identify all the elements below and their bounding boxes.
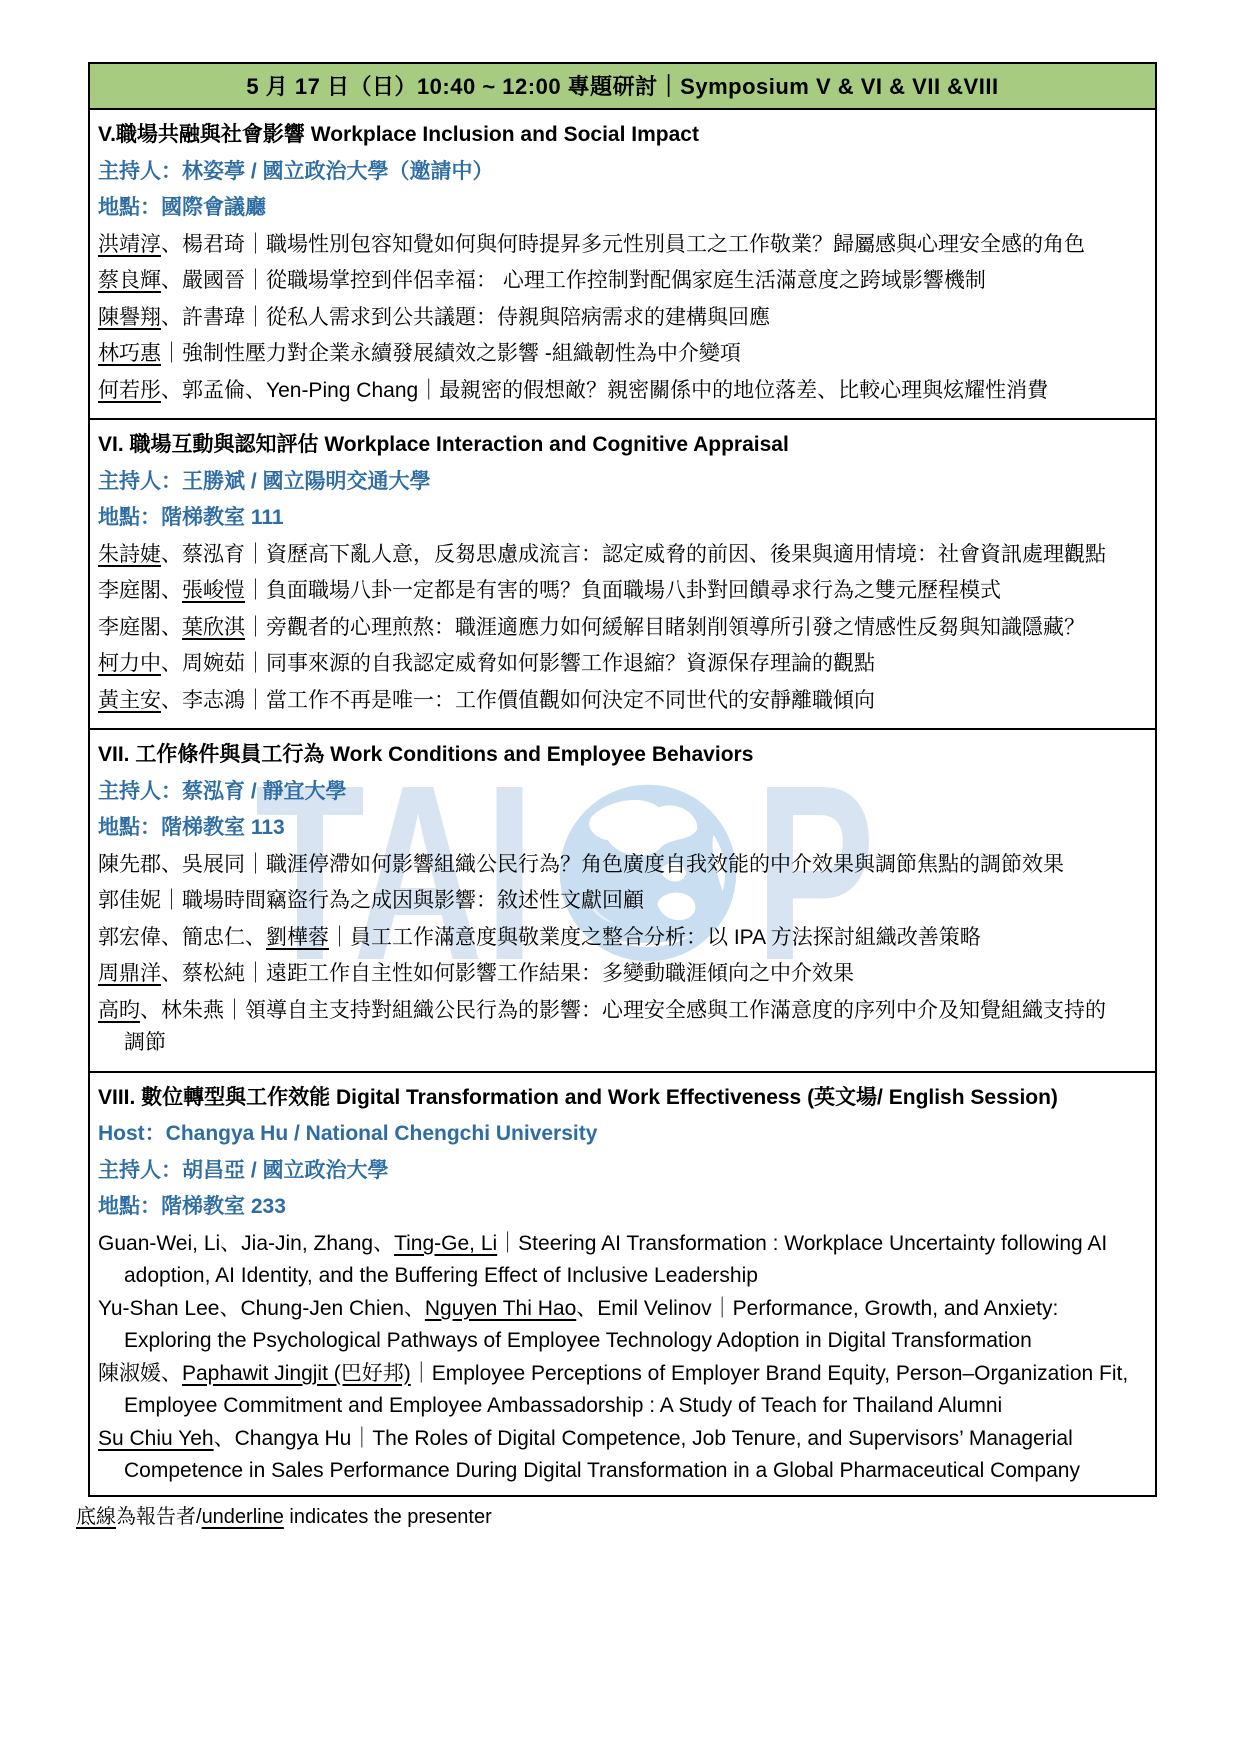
title-separator: ｜ (411, 1362, 432, 1385)
session-vi: VI. 職場互動與認知評估 Workplace Interaction and … (90, 420, 1155, 730)
author-separator: 、 (161, 579, 182, 602)
author-name: 郭孟倫 (182, 379, 245, 402)
session-chair: 主持人：林姿葶 / 國立政治大學（邀請中） (98, 156, 1147, 189)
author-name: Chung-Jen Chien (240, 1297, 403, 1320)
paper-title: 資歷高下亂人意，反芻思慮成流言：認定威脅的前因、後果與適用情境：社會資訊處理觀點 (266, 543, 1106, 566)
presenter-name: 洪靖淳 (98, 233, 161, 256)
author-name: 楊君琦 (182, 233, 245, 256)
session-location: 地點：國際會議廳 (98, 192, 1147, 225)
paper-title: 最親密的假想敵？親密關係中的地位落差、比較心理與炫耀性消費 (439, 379, 1048, 402)
author-name: 蔡松純 (182, 962, 245, 985)
presenter-name: Paphawit Jingjit (巴好邦) (182, 1362, 411, 1385)
author-name: Yen-Ping Chang (266, 379, 418, 402)
presenter-name: 蔡良輝 (98, 269, 161, 292)
author-name: 郭宏偉 (98, 926, 161, 949)
author-separator: 、 (404, 1297, 425, 1320)
paper-entry: 何若彤、郭孟倫、Yen-Ping Chang｜最親密的假想敵？親密關係中的地位落… (98, 375, 1147, 408)
paper-title: 職涯停滯如何影響組織公民行為？角色廣度自我效能的中介效果與調節焦點的調節效果 (266, 853, 1064, 876)
paper-title: 遠距工作自主性如何影響工作結果：多變動職涯傾向之中介效果 (266, 962, 854, 985)
footnote-text: 為報告者/ (116, 1506, 202, 1528)
author-separator: 、 (245, 926, 266, 949)
document-page: TAI P 5 月 17 日（日）10:40 ~ 12:00 專題研討｜Symp… (0, 0, 1240, 1755)
paper-title: 從職場掌控到伴侶幸福： 心理工作控制對配偶家庭生活滿意度之跨域影響機制 (266, 269, 986, 292)
title-separator: ｜ (497, 1232, 518, 1255)
paper-entry: Guan-Wei, Li、Jia-Jin, Zhang、Ting-Ge, Li｜… (98, 1228, 1147, 1293)
footnote-underlined-text: underline (202, 1506, 284, 1528)
presenter-name: 葉欣淇 (182, 616, 245, 639)
footnote-underlined-text: 底線 (76, 1506, 116, 1528)
session-title: V.職場共融與社會影響 Workplace Inclusion and Soci… (98, 119, 1147, 152)
session-title: VII. 工作條件與員工行為 Work Conditions and Emplo… (98, 739, 1147, 772)
paper-title: 職場時間竊盜行為之成因與影響：敘述性文獻回顧 (182, 889, 644, 912)
author-name: 李庭閣 (98, 579, 161, 602)
session-chair: 主持人：胡昌亞 / 國立政治大學 (98, 1155, 1147, 1188)
symposium-table: 5 月 17 日（日）10:40 ~ 12:00 專題研討｜Symposium … (88, 62, 1157, 1497)
author-name: Emil Velinov (597, 1297, 711, 1320)
author-separator: 、 (161, 269, 182, 292)
presenter-name: 柯力中 (98, 652, 161, 675)
presenter-name: Ting-Ge, Li (394, 1232, 497, 1255)
presenter-name: 周鼎洋 (98, 962, 161, 985)
author-separator: 、 (161, 379, 182, 402)
author-separator: 、 (576, 1297, 597, 1320)
title-separator: ｜ (245, 579, 266, 602)
title-separator: ｜ (245, 689, 266, 712)
title-separator: ｜ (712, 1297, 733, 1320)
paper-title: 同事來源的自我認定威脅如何影響工作退縮？資源保存理論的觀點 (266, 652, 875, 675)
paper-entry: Yu-Shan Lee、Chung-Jen Chien、Nguyen Thi H… (98, 1293, 1147, 1358)
title-separator: ｜ (245, 652, 266, 675)
author-separator: 、 (161, 926, 182, 949)
session-v: V.職場共融與社會影響 Workplace Inclusion and Soci… (90, 110, 1155, 420)
title-separator: ｜ (245, 853, 266, 876)
presenter-name: 高昀 (98, 999, 140, 1022)
paper-title: 職場性別包容知覺如何與何時提昇多元性別員工之工作敬業？歸屬感與心理安全感的角色 (266, 233, 1085, 256)
session-location: 地點：階梯教室 233 (98, 1191, 1147, 1224)
presenter-name: Nguyen Thi Hao (425, 1297, 576, 1320)
table-header: 5 月 17 日（日）10:40 ~ 12:00 專題研討｜Symposium … (90, 64, 1155, 110)
presenter-name: 林巧惠 (98, 342, 161, 365)
author-separator: 、 (161, 616, 182, 639)
author-separator: 、 (161, 853, 182, 876)
paper-entry: 陳淑媛、Paphawit Jingjit (巴好邦)｜Employee Perc… (98, 1358, 1147, 1423)
session-host: Host：Changya Hu / National Chengchi Univ… (98, 1118, 1147, 1151)
author-name: 嚴國晉 (182, 269, 245, 292)
author-separator: 、 (161, 689, 182, 712)
title-separator: ｜ (224, 999, 245, 1022)
paper-entry: 朱詩婕、蔡泓育｜資歷高下亂人意，反芻思慮成流言：認定威脅的前因、後果與適用情境：… (98, 539, 1147, 572)
paper-entry: 高昀、林朱燕｜領導自主支持對組織公民行為的影響：心理安全感與工作滿意度的序列中介… (98, 995, 1147, 1060)
footnote: 底線為報告者/underline indicates the presenter (76, 1502, 492, 1532)
paper-entry: 郭佳妮｜職場時間竊盜行為之成因與影響：敘述性文獻回顧 (98, 885, 1147, 918)
paper-entry: 蔡良輝、嚴國晉｜從職場掌控到伴侶幸福： 心理工作控制對配偶家庭生活滿意度之跨域影… (98, 265, 1147, 298)
presenter-name: 張峻愷 (182, 579, 245, 602)
presenter-name: 陳譽翔 (98, 306, 161, 329)
author-separator: 、 (161, 962, 182, 985)
session-title: VIII. 數位轉型與工作效能 Digital Transformation a… (98, 1082, 1147, 1115)
presenter-name: 劉樺蓉 (266, 926, 329, 949)
title-separator: ｜ (245, 269, 266, 292)
author-name: 周婉茹 (182, 652, 245, 675)
author-name: 陳先郡 (98, 853, 161, 876)
paper-entry: 陳譽翔、許書瑋｜從私人需求到公共議題：侍親與陪病需求的建構與回應 (98, 302, 1147, 335)
paper-entry: 李庭閣、葉欣淇｜旁觀者的心理煎熬：職涯適應力如何緩解目睹剝削領導所引發之情感性反… (98, 612, 1147, 645)
paper-entry: 李庭閣、張峻愷｜負面職場八卦一定都是有害的嗎？負面職場八卦對回饋尋求行為之雙元歷… (98, 575, 1147, 608)
presenter-name: 何若彤 (98, 379, 161, 402)
author-separator: 、 (161, 233, 182, 256)
author-separator: 、 (219, 1297, 240, 1320)
author-name: 蔡泓育 (182, 543, 245, 566)
session-location: 地點：階梯教室 113 (98, 812, 1147, 845)
author-separator: 、 (161, 1362, 182, 1385)
sections-container: V.職場共融與社會影響 Workplace Inclusion and Soci… (90, 110, 1155, 1495)
presenter-name: Su Chiu Yeh (98, 1427, 214, 1450)
paper-entry: 陳先郡、吳展同｜職涯停滯如何影響組織公民行為？角色廣度自我效能的中介效果與調節焦… (98, 849, 1147, 882)
author-name: 林朱燕 (161, 999, 224, 1022)
paper-title: 旁觀者的心理煎熬：職涯適應力如何緩解目睹剝削領導所引發之情感性反芻與知識隱藏？ (266, 616, 1085, 639)
title-separator: ｜ (245, 962, 266, 985)
session-title: VI. 職場互動與認知評估 Workplace Interaction and … (98, 429, 1147, 462)
author-separator: 、 (161, 306, 182, 329)
title-separator: ｜ (245, 306, 266, 329)
paper-entry: 黃主安、李志鴻｜當工作不再是唯一：工作價值觀如何決定不同世代的安靜離職傾向 (98, 685, 1147, 718)
session-chair: 主持人：王勝斌 / 國立陽明交通大學 (98, 466, 1147, 499)
author-separator: 、 (214, 1427, 235, 1450)
session-location: 地點：階梯教室 111 (98, 502, 1147, 535)
paper-title: 強制性壓力對企業永續發展績效之影響 -組織韌性為中介變項 (182, 342, 741, 365)
author-name: 李庭閣 (98, 616, 161, 639)
author-name: Guan-Wei, Li (98, 1232, 220, 1255)
author-name: 許書瑋 (182, 306, 245, 329)
paper-title: 負面職場八卦一定都是有害的嗎？負面職場八卦對回饋尋求行為之雙元歷程模式 (266, 579, 1001, 602)
session-chair: 主持人：蔡泓育 / 靜宜大學 (98, 776, 1147, 809)
author-separator: 、 (220, 1232, 241, 1255)
author-separator: 、 (245, 379, 266, 402)
author-name: 簡忠仁 (182, 926, 245, 949)
title-separator: ｜ (351, 1427, 372, 1450)
paper-entry: 柯力中、周婉茹｜同事來源的自我認定威脅如何影響工作退縮？資源保存理論的觀點 (98, 648, 1147, 681)
author-separator: 、 (373, 1232, 394, 1255)
presenter-name: 朱詩婕 (98, 543, 161, 566)
paper-entry: 郭宏偉、簡忠仁、劉樺蓉｜員工工作滿意度與敬業度之整合分析：以 IPA 方法探討組… (98, 922, 1147, 955)
title-separator: ｜ (161, 889, 182, 912)
title-separator: ｜ (245, 233, 266, 256)
paper-entry: 林巧惠｜強制性壓力對企業永續發展績效之影響 -組織韌性為中介變項 (98, 338, 1147, 371)
footnote-text: indicates the presenter (284, 1506, 492, 1528)
presenter-name: 黃主安 (98, 689, 161, 712)
session-vii: VII. 工作條件與員工行為 Work Conditions and Emplo… (90, 730, 1155, 1073)
paper-entry: 洪靖淳、楊君琦｜職場性別包容知覺如何與何時提昇多元性別員工之工作敬業？歸屬感與心… (98, 229, 1147, 262)
author-name: 陳淑媛 (98, 1362, 161, 1385)
paper-title: 員工工作滿意度與敬業度之整合分析：以 IPA 方法探討組織改善策略 (350, 926, 981, 949)
title-separator: ｜ (418, 379, 439, 402)
paper-entry: Su Chiu Yeh、Changya Hu｜The Roles of Digi… (98, 1423, 1147, 1488)
title-separator: ｜ (329, 926, 350, 949)
author-name: 李志鴻 (182, 689, 245, 712)
author-name: Yu-Shan Lee (98, 1297, 219, 1320)
paper-title: 領導自主支持對組織公民行為的影響：心理安全感與工作滿意度的序列中介及知覺組織支持… (124, 999, 1106, 1055)
author-name: Changya Hu (235, 1427, 352, 1450)
author-name: 郭佳妮 (98, 889, 161, 912)
author-separator: 、 (161, 543, 182, 566)
title-separator: ｜ (245, 543, 266, 566)
author-name: 吳展同 (182, 853, 245, 876)
author-separator: 、 (140, 999, 161, 1022)
session-viii: VIII. 數位轉型與工作效能 Digital Transformation a… (90, 1073, 1155, 1495)
paper-title: 從私人需求到公共議題：侍親與陪病需求的建構與回應 (266, 306, 770, 329)
author-separator: 、 (161, 652, 182, 675)
title-separator: ｜ (245, 616, 266, 639)
paper-entry: 周鼎洋、蔡松純｜遠距工作自主性如何影響工作結果：多變動職涯傾向之中介效果 (98, 958, 1147, 991)
title-separator: ｜ (161, 342, 182, 365)
paper-title: 當工作不再是唯一：工作價值觀如何決定不同世代的安靜離職傾向 (266, 689, 875, 712)
author-name: Jia-Jin, Zhang (241, 1232, 373, 1255)
